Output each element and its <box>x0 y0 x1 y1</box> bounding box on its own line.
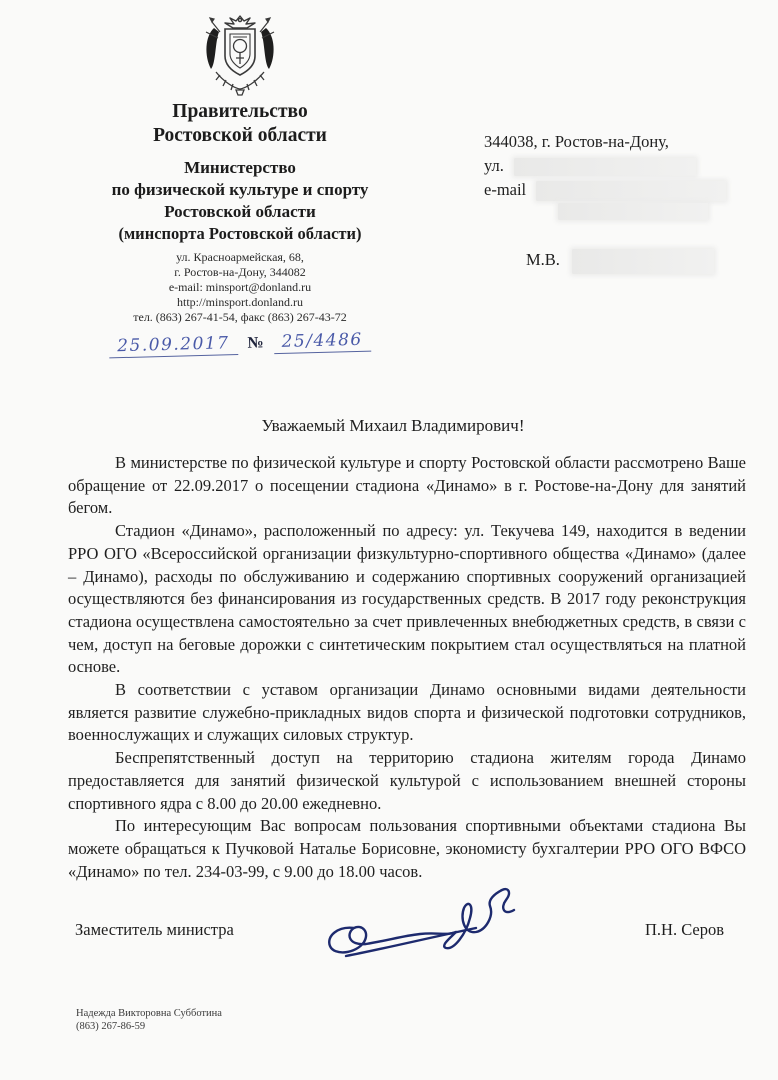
addressee-line: М.В. <box>484 248 764 274</box>
redaction-box <box>572 249 714 274</box>
number-sign: № <box>247 334 264 354</box>
recipient-street-line: ул. <box>484 154 764 178</box>
ministry-phone-fax: тел. (863) 267-41-54, факс (863) 267-43-… <box>28 310 452 325</box>
outgoing-registration-line: 25.09.2017 № 25/4486 <box>28 327 452 360</box>
addressee-initials: М.В. <box>526 250 560 269</box>
letterhead: Правительство Ростовской области Министе… <box>28 12 452 355</box>
paragraph-5: По интересующим Вас вопросам пользования… <box>68 815 746 883</box>
executor-name: Надежда Викторовна Субботина <box>76 1007 222 1020</box>
paragraph-3: В соответствии с уставом организации Дин… <box>68 679 746 747</box>
handwritten-date: 25.09.2017 <box>109 333 238 358</box>
redaction-box <box>558 203 708 220</box>
ministry-line3: Ростовской области <box>28 201 452 223</box>
ministry-website: http://minsport.donland.ru <box>28 295 452 310</box>
ministry-line1: Министерство <box>28 157 452 179</box>
signer-position: Заместитель министра <box>75 920 234 940</box>
ministry-title: Министерство по физической культуре и сп… <box>28 157 452 245</box>
recipient-street-prefix: ул. <box>484 156 504 175</box>
government-title-line1: Правительство <box>28 100 452 124</box>
government-title-line2: Ростовской области <box>28 124 452 148</box>
handwritten-number: 25/4486 <box>273 330 371 355</box>
paragraph-2: Стадион «Динамо», расположенный по адрес… <box>68 520 746 679</box>
salutation: Уважаемый Михаил Владимирович! <box>68 416 718 436</box>
paragraph-1: В министерстве по физической культуре и … <box>68 452 746 520</box>
executor-phone: (863) 267-86-59 <box>76 1020 222 1033</box>
letter-body: В министерстве по физической культуре и … <box>68 452 746 883</box>
ministry-contact-block: ул. Красноармейская, 68, г. Ростов-на-До… <box>28 250 452 325</box>
executor-block: Надежда Викторовна Субботина (863) 267-8… <box>76 1007 222 1033</box>
handwritten-signature <box>318 876 528 976</box>
signer-name: П.Н. Серов <box>645 920 724 940</box>
recipient-email-prefix: e-mail <box>484 180 526 199</box>
redaction-box <box>514 158 696 176</box>
recipient-postal-line: 344038, г. Ростов-на-Дону, <box>484 130 764 154</box>
paragraph-4: Беспрепятственный доступ на территорию с… <box>68 747 746 815</box>
scanned-letter-page: Правительство Ростовской области Министе… <box>0 0 778 1080</box>
recipient-block: 344038, г. Ростов-на-Дону, ул. e-mail М.… <box>484 130 764 274</box>
ministry-line2: по физической культуре и спорту <box>28 179 452 201</box>
rostov-coat-of-arms-icon <box>192 12 288 98</box>
ministry-line4: (минспорта Ростовской области) <box>28 223 452 245</box>
ministry-street: ул. Красноармейская, 68, <box>28 250 452 265</box>
ministry-email: e-mail: minsport@donland.ru <box>28 280 452 295</box>
ministry-city: г. Ростов-на-Дону, 344082 <box>28 265 452 280</box>
